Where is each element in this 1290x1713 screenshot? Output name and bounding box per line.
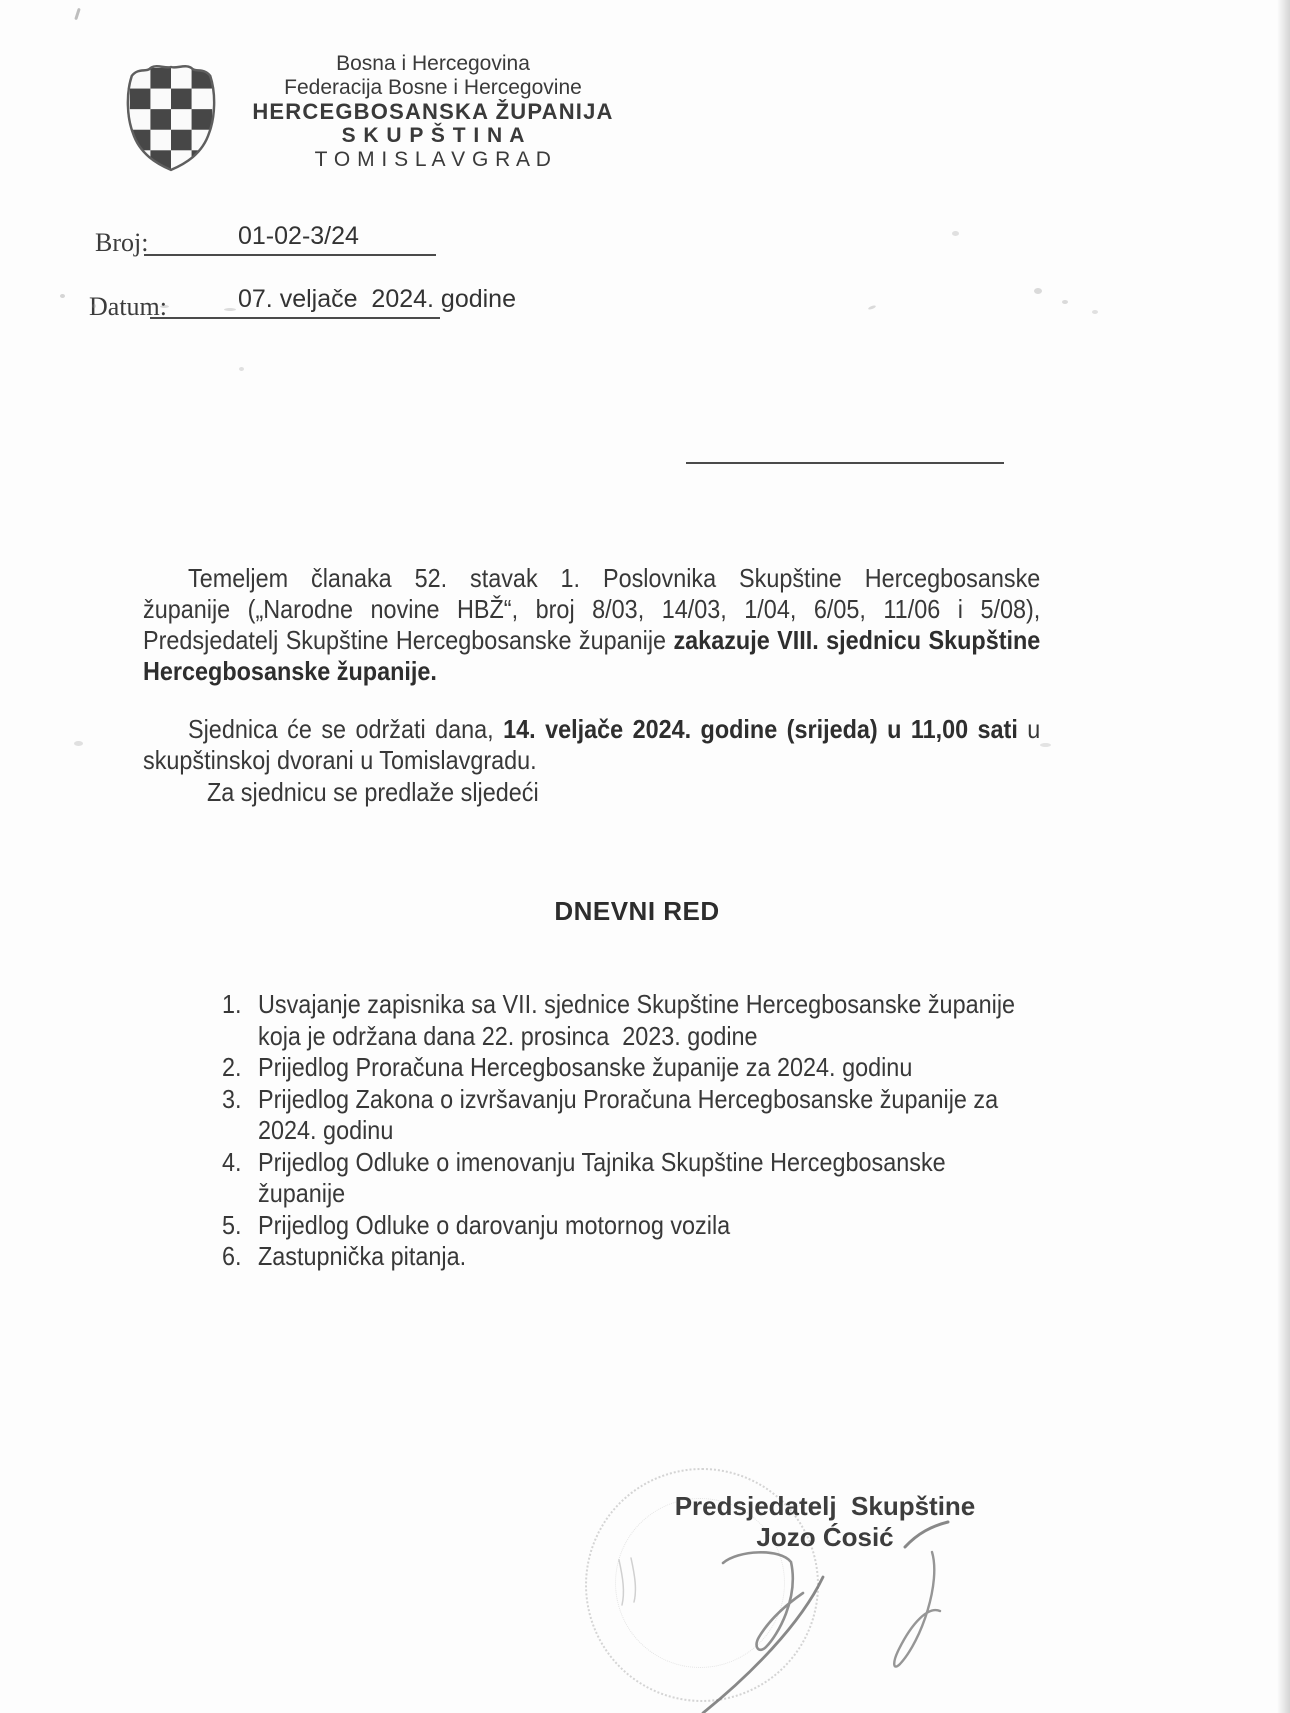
text-segment: u: [1018, 714, 1040, 744]
agenda-item: 6. Zastupnička pitanja.: [222, 1241, 1149, 1273]
datum-value: 07. veljače 2024. godine: [238, 285, 516, 314]
letterhead-federation: Federacija Bosne i Hercegovine: [250, 76, 616, 100]
agenda-item-line: 2024. godinu: [258, 1115, 998, 1147]
paragraph-line: Predsjedatelj Skupštine Hercegbosanske ž…: [143, 625, 1040, 656]
agenda-item-text: Prijedlog Odluke o darovanju motornog vo…: [258, 1210, 730, 1242]
paragraph-intro: Temeljem članaka 52. stavak 1. Poslovnik…: [143, 563, 1040, 687]
text-segment-bold: Hercegbosanske županije.: [143, 656, 437, 686]
text-segment: Sjednica će se održati dana,: [188, 714, 503, 744]
agenda-item-number: 5.: [222, 1210, 258, 1242]
scan-noise: [74, 8, 81, 20]
agenda-item: 4. Prijedlog Odluke o imenovanju Tajnika…: [222, 1147, 1149, 1210]
agenda-item-line: koja je održana dana 22. prosinca 2023. …: [258, 1021, 1015, 1053]
agenda-item-line: županije: [258, 1178, 946, 1210]
scan-noise: [60, 294, 65, 298]
letterhead: Bosna i Hercegovina Federacija Bosne i H…: [250, 52, 616, 172]
paragraph-session: Sjednica će se održati dana, 14. veljače…: [143, 714, 1040, 776]
agenda-item-number: 6.: [222, 1241, 258, 1273]
agenda-item-line: Prijedlog Odluke o imenovanju Tajnika Sk…: [258, 1147, 946, 1179]
paragraph-proposal: Za sjednicu se predlaže sljedeći: [207, 777, 539, 808]
text-segment-bold: zakazuje VIII. sjednicu Skupštine: [673, 625, 1040, 655]
agenda-item-line: Prijedlog Odluke o darovanju motornog vo…: [258, 1210, 730, 1242]
scan-noise: [160, 305, 169, 308]
paragraph-line: Hercegbosanske županije.: [143, 656, 1040, 687]
agenda-item-number: 1.: [222, 989, 258, 1052]
scan-noise: [868, 305, 877, 311]
text-segment: županije („Narodne novine HBŽ“, broj 8/0…: [143, 594, 1040, 624]
agenda-item: 1. Usvajanje zapisnika sa VII. sjednice …: [222, 989, 1149, 1052]
agenda-item-text: Prijedlog Zakona o izvršavanju Proračuna…: [258, 1084, 998, 1147]
agenda-item: 2. Prijedlog Proračuna Hercegbosanske žu…: [222, 1052, 1149, 1084]
scan-noise: [952, 231, 959, 236]
letterhead-county: HERCEGBOSANSKA ŽUPANIJA: [250, 100, 616, 124]
text-segment-bold: 14. veljače 2024. godine (srijeda) u 11,…: [503, 714, 1018, 744]
agenda-item: 3. Prijedlog Zakona o izvršavanju Prorač…: [222, 1084, 1149, 1147]
scan-noise: [239, 367, 244, 371]
letterhead-assembly: S K U P Š T I N A: [250, 124, 616, 148]
agenda-item: 5. Prijedlog Odluke o darovanju motornog…: [222, 1210, 1149, 1242]
agenda-item-text: Zastupnička pitanja.: [258, 1241, 466, 1273]
agenda-title: DNEVNI RED: [0, 896, 1274, 927]
scan-noise: [1062, 300, 1068, 304]
agenda-item-text: Prijedlog Odluke o imenovanju Tajnika Sk…: [258, 1147, 946, 1210]
paragraph-line: županije („Narodne novine HBŽ“, broj 8/0…: [143, 594, 1040, 625]
scan-noise: [1040, 743, 1051, 747]
coat-of-arms-icon: [122, 60, 220, 172]
agenda-item-text: Prijedlog Proračuna Hercegbosanske župan…: [258, 1052, 912, 1084]
separator-line: [686, 462, 1004, 464]
scan-noise: [74, 741, 83, 746]
broj-underline: [144, 254, 436, 256]
scan-noise: [92, 304, 96, 308]
agenda-item-line: Prijedlog Zakona o izvršavanju Proračuna…: [258, 1084, 998, 1116]
agenda-item-line: Zastupnička pitanja.: [258, 1241, 466, 1273]
paragraph-line: Sjednica će se održati dana, 14. veljače…: [143, 714, 1040, 745]
paragraph-line: skupštinskoj dvorani u Tomislavgradu.: [143, 745, 1040, 776]
handwritten-signature: [560, 1430, 1060, 1713]
datum-underline: [150, 317, 440, 319]
text-segment: Temeljem članaka 52. stavak 1. Poslovnik…: [188, 563, 1040, 593]
agenda-item-number: 3.: [222, 1084, 258, 1147]
agenda-item-line: Prijedlog Proračuna Hercegbosanske župan…: [258, 1052, 912, 1084]
agenda-item-number: 4.: [222, 1147, 258, 1210]
scan-noise: [224, 308, 236, 311]
paragraph-line: Temeljem članaka 52. stavak 1. Poslovnik…: [143, 563, 1040, 594]
agenda-item-number: 2.: [222, 1052, 258, 1084]
agenda-item-text: Usvajanje zapisnika sa VII. sjednice Sku…: [258, 989, 1015, 1052]
broj-value: 01-02-3/24: [238, 222, 359, 251]
scan-noise: [1034, 288, 1042, 294]
page-edge-shadow: [1277, 0, 1290, 1713]
letterhead-city: T O M I S L A V G R A D: [250, 148, 616, 172]
agenda-list: 1. Usvajanje zapisnika sa VII. sjednice …: [222, 989, 1149, 1273]
broj-label: Broj:: [95, 228, 148, 258]
letterhead-country: Bosna i Hercegovina: [250, 52, 616, 76]
document-page: Bosna i Hercegovina Federacija Bosne i H…: [0, 0, 1290, 1713]
text-segment: Predsjedatelj Skupštine Hercegbosanske ž…: [143, 625, 673, 655]
scan-noise: [1092, 310, 1098, 314]
agenda-item-line: Usvajanje zapisnika sa VII. sjednice Sku…: [258, 989, 1015, 1021]
